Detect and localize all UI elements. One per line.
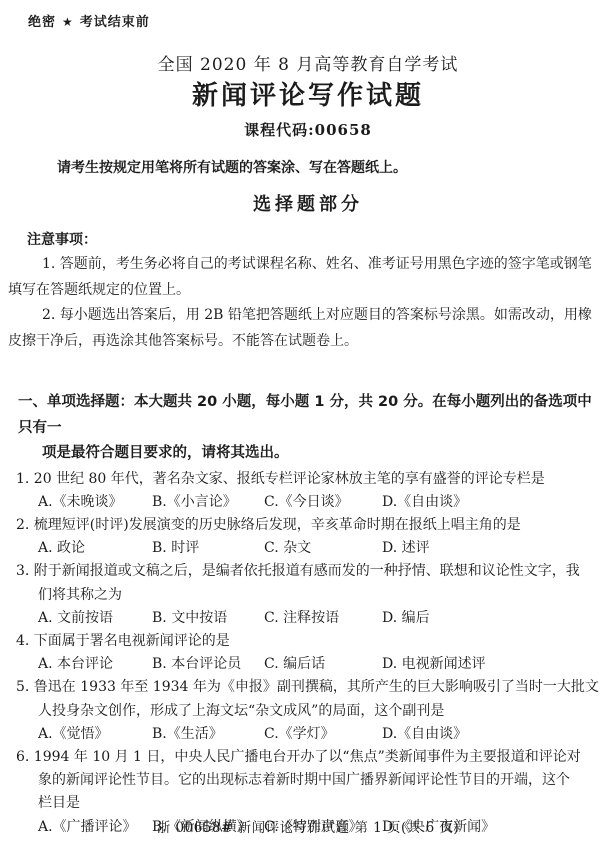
question: 3. 附于新闻报道或文稿之后，是编者依托报道有感而发的一种抒情、联想和议论性文字… xyxy=(16,560,598,630)
exam-paper-page: 绝密★考试结束前 全国 2020 年 8 月高等教育自学考试 新闻评论写作试题 … xyxy=(0,0,616,856)
answer-option: D. 编后 xyxy=(382,607,598,630)
answer-option: C. 杂文 xyxy=(264,537,382,560)
answer-option: D.《自由谈》 xyxy=(382,491,598,514)
answer-option: A.《觉悟》 xyxy=(38,723,152,746)
question: 4. 下面属于署名电视新闻评论的是A. 本台评论B. 本台评论员C. 编后话D.… xyxy=(16,630,598,676)
star-icon: ★ xyxy=(56,15,80,29)
option-row: A. 政论B. 时评C. 杂文D. 述评 xyxy=(38,537,598,560)
answer-sheet-instruction: 请考生按规定用笔将所有试题的答案涂、写在答题纸上。 xyxy=(57,158,588,178)
option-row: A.《未晚谈》B.《小言论》C.《今日谈》D.《自由谈》 xyxy=(38,491,598,514)
notice-line: 1. 答题前，考生务必将自己的考试课程名称、姓名、准考证号用黑色字迹的签字笔或钢… xyxy=(8,252,596,278)
notice-line: 填写在答题纸规定的位置上。 xyxy=(8,278,596,304)
course-code: 课程代码:00658 xyxy=(0,119,616,140)
question-line: 栏目是 xyxy=(16,792,598,815)
exam-session-title: 全国 2020 年 8 月高等教育自学考试 xyxy=(0,50,616,75)
part-one-heading: 一、单项选择题：本大题共 20 小题，每小题 1 分，共 20 分。在每小题列出… xyxy=(18,390,596,467)
answer-option: A. 政论 xyxy=(38,537,152,560)
option-row: A. 本台评论B. 本台评论员C. 编后话D. 电视新闻述评 xyxy=(38,653,598,676)
answer-option: B.《生活》 xyxy=(152,723,264,746)
question: 2. 梳理短评(时评)发展演变的历史脉络后发现，辛亥革命时期在报纸上唱主角的是A… xyxy=(16,514,598,560)
question-line: 人投身杂文创作，形成了上海文坛“杂文成风”的局面，这个副刊是 xyxy=(16,700,598,723)
part-one-heading-line: 一、单项选择题：本大题共 20 小题，每小题 1 分，共 20 分。在每小题列出… xyxy=(18,390,596,441)
part-one-heading-line: 项是最符合题目要求的，请将其选出。 xyxy=(18,441,596,467)
answer-option: C. 编后话 xyxy=(264,653,382,676)
notice-line: 2. 每小题选出答案后，用 2B 铅笔把答题纸上对应题目的答案标号涂黑。如需改动… xyxy=(8,303,596,329)
section-title: 选择题部分 xyxy=(0,192,616,217)
answer-option: B.《小言论》 xyxy=(152,491,264,514)
answer-option: A. 文前按语 xyxy=(38,607,152,630)
notice-item: 1. 答题前，考生务必将自己的考试课程名称、姓名、准考证号用黑色字迹的签字笔或钢… xyxy=(8,252,596,303)
answer-option: A.《未晚谈》 xyxy=(38,491,152,514)
question-line: 5. 鲁迅在 1933 年至 1934 年为《申报》副刊撰稿，其所产生的巨大影响… xyxy=(16,676,598,699)
answer-option: B. 文中按语 xyxy=(152,607,264,630)
answer-option: B. 时评 xyxy=(152,537,264,560)
question: 1. 20 世纪 80 年代，著名杂文家、报纸专栏评论家林放主笔的享有盛誉的评论… xyxy=(16,468,598,514)
question-line: 象的新闻评论性节目。它的出现标志着新时期中国广播界新闻评论性节目的开端，这个 xyxy=(16,769,598,792)
answer-option: D. 述评 xyxy=(382,537,598,560)
option-row: A. 文前按语B. 文中按语C. 注释按语D. 编后 xyxy=(38,607,598,630)
question: 5. 鲁迅在 1933 年至 1934 年为《申报》副刊撰稿，其所产生的巨大影响… xyxy=(16,676,598,746)
question-line: 4. 下面属于署名电视新闻评论的是 xyxy=(16,630,598,653)
notice-heading: 注意事项： xyxy=(27,230,616,250)
answer-option: C.《学灯》 xyxy=(264,723,382,746)
notice-line: 皮擦干净后，再选涂其他答案标号。不能答在试题卷上。 xyxy=(8,329,596,355)
page-footer: 浙 00658# 新闻评论写作试题 第 1 页(共 6 页) xyxy=(0,816,616,836)
question-line: 6. 1994 年 10 月 1 日，中央人民广播电台开办了以“焦点”类新闻事件… xyxy=(16,746,598,769)
answer-option: C. 注释按语 xyxy=(264,607,382,630)
answer-option: D. 电视新闻述评 xyxy=(382,653,598,676)
question-line: 3. 附于新闻报道或文稿之后，是编者依托报道有感而发的一种抒情、联想和议论性文字… xyxy=(16,560,598,583)
question-line: 们将其称之为 xyxy=(16,584,598,607)
answer-option: C.《今日谈》 xyxy=(264,491,382,514)
notice-list: 1. 答题前，考生务必将自己的考试课程名称、姓名、准考证号用黑色字迹的签字笔或钢… xyxy=(8,252,596,354)
question-line: 2. 梳理短评(时评)发展演变的历史脉络后发现，辛亥革命时期在报纸上唱主角的是 xyxy=(16,514,598,537)
notice-item: 2. 每小题选出答案后，用 2B 铅笔把答题纸上对应题目的答案标号涂黑。如需改动… xyxy=(8,303,596,354)
answer-option: D.《自由谈》 xyxy=(382,723,598,746)
classification-line: 绝密★考试结束前 xyxy=(28,0,616,30)
question-line: 1. 20 世纪 80 年代，著名杂文家、报纸专栏评论家林放主笔的享有盛誉的评论… xyxy=(16,468,598,491)
classification-label: 绝密 xyxy=(28,15,56,30)
question-list: 1. 20 世纪 80 年代，著名杂文家、报纸专栏评论家林放主笔的享有盛誉的评论… xyxy=(16,468,598,839)
option-row: A.《觉悟》B.《生活》C.《学灯》D.《自由谈》 xyxy=(38,723,598,746)
answer-option: A. 本台评论 xyxy=(38,653,152,676)
paper-title: 新闻评论写作试题 xyxy=(0,79,616,113)
answer-option: B. 本台评论员 xyxy=(152,653,264,676)
timing-note: 考试结束前 xyxy=(80,15,150,30)
